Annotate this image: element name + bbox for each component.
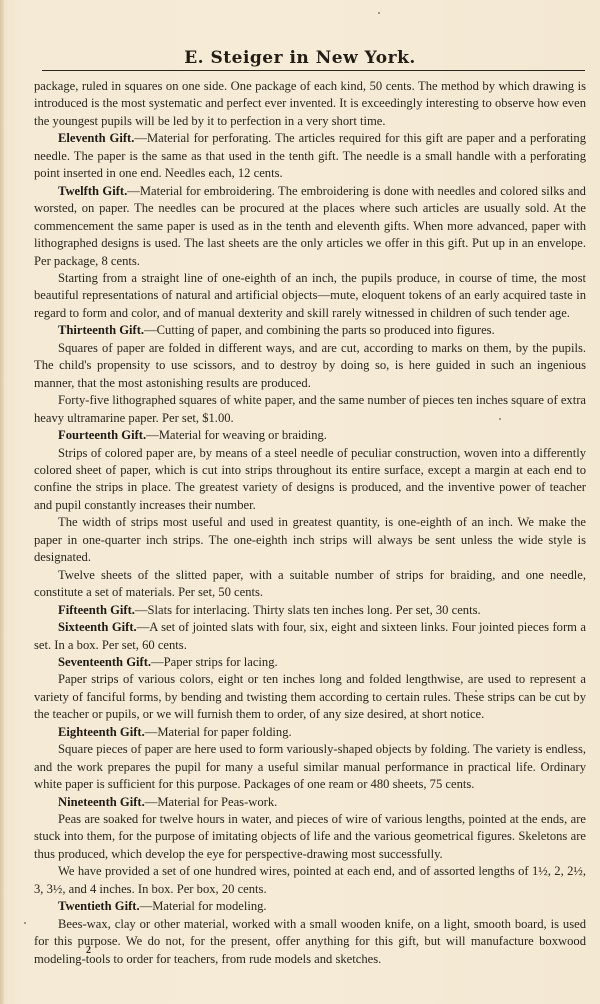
gift-paragraph: Thirteenth Gift.—Cutting of paper, and c… xyxy=(34,322,586,339)
paragraph-text: Forty-five lithographed squares of white… xyxy=(34,393,586,424)
text-paragraph: Strips of colored paper are, by means of… xyxy=(34,445,586,515)
gift-title: Fifteenth Gift. xyxy=(58,603,135,617)
gift-title: Twentieth Gift. xyxy=(58,899,140,913)
text-paragraph: Square pieces of paper are here used to … xyxy=(34,741,586,793)
paragraph-text: Squares of paper are folded in different… xyxy=(34,341,586,390)
paragraph-text: —Material for modeling. xyxy=(140,899,267,913)
paragraph-text: Peas are soaked for twelve hours in wate… xyxy=(34,812,586,861)
gift-paragraph: Seventeenth Gift.—Paper strips for lacin… xyxy=(34,654,586,671)
paragraph-text: Bees-wax, clay or other material, worked… xyxy=(34,917,586,966)
gift-title: Thirteenth Gift. xyxy=(58,323,144,337)
paragraph-text: —Cutting of paper, and combining the par… xyxy=(144,323,495,337)
paragraph-text: Starting from a straight line of one-eig… xyxy=(34,271,586,320)
gift-paragraph: Eleventh Gift.—Material for perforating.… xyxy=(34,130,586,182)
paragraph-text: Strips of colored paper are, by means of… xyxy=(34,446,586,512)
gift-paragraph: Fifteenth Gift.—Slats for interlacing. T… xyxy=(34,602,586,619)
book-page: E. Steiger in New York. package, ruled i… xyxy=(0,0,600,1004)
header-rule xyxy=(42,70,585,71)
gift-paragraph: Nineteenth Gift.—Material for Peas-work. xyxy=(34,794,586,811)
body-text: package, ruled in squares on one side. O… xyxy=(34,78,586,968)
paragraph-text: —Slats for interlacing. Thirty slats ten… xyxy=(135,603,481,617)
text-paragraph: We have provided a set of one hundred wi… xyxy=(34,863,586,898)
gift-paragraph: Eighteenth Gift.—Material for paper fold… xyxy=(34,724,586,741)
text-paragraph: Forty-five lithographed squares of white… xyxy=(34,392,586,427)
text-paragraph: Bees-wax, clay or other material, worked… xyxy=(34,916,586,968)
text-paragraph: package, ruled in squares on one side. O… xyxy=(34,78,586,130)
paper-speck xyxy=(24,922,26,924)
text-paragraph: Starting from a straight line of one-eig… xyxy=(34,270,586,322)
gift-paragraph: Fourteenth Gift.—Material for weaving or… xyxy=(34,427,586,444)
gift-title: Sixteenth Gift. xyxy=(58,620,137,634)
text-paragraph: Squares of paper are folded in different… xyxy=(34,340,586,392)
running-header: E. Steiger in New York. xyxy=(0,48,600,68)
gift-title: Nineteenth Gift. xyxy=(58,795,145,809)
paragraph-text: —Material for Peas-work. xyxy=(145,795,278,809)
gift-paragraph: Twelfth Gift.—Material for embroidering.… xyxy=(34,183,586,270)
gift-title: Twelfth Gift. xyxy=(58,184,127,198)
paragraph-text: —Material for weaving or braiding. xyxy=(146,428,327,442)
paper-speck xyxy=(475,690,477,692)
paragraph-text: —Paper strips for lacing. xyxy=(151,655,278,669)
gift-paragraph: Sixteenth Gift.—A set of jointed slats w… xyxy=(34,619,586,654)
paragraph-text: Square pieces of paper are here used to … xyxy=(34,742,586,791)
page-number: 2 xyxy=(86,945,91,956)
gift-title: Eleventh Gift. xyxy=(58,131,134,145)
paper-speck xyxy=(499,418,501,420)
paragraph-text: —Material for paper folding. xyxy=(145,725,292,739)
gift-paragraph: Twentieth Gift.—Material for modeling. xyxy=(34,898,586,915)
text-paragraph: The width of strips most useful and used… xyxy=(34,514,586,566)
text-paragraph: Twelve sheets of the slitted paper, with… xyxy=(34,567,586,602)
paragraph-text: We have provided a set of one hundred wi… xyxy=(34,864,586,895)
text-paragraph: Peas are soaked for twelve hours in wate… xyxy=(34,811,586,863)
gift-title: Eighteenth Gift. xyxy=(58,725,145,739)
page-binding-edge xyxy=(0,0,4,1004)
paragraph-text: package, ruled in squares on one side. O… xyxy=(34,79,586,128)
gift-title: Seventeenth Gift. xyxy=(58,655,151,669)
paragraph-text: Twelve sheets of the slitted paper, with… xyxy=(34,568,586,599)
paper-speck xyxy=(378,12,380,14)
text-paragraph: Paper strips of various colors, eight or… xyxy=(34,671,586,723)
paragraph-text: The width of strips most useful and used… xyxy=(34,515,586,564)
gift-title: Fourteenth Gift. xyxy=(58,428,146,442)
paragraph-text: Paper strips of various colors, eight or… xyxy=(34,672,586,721)
